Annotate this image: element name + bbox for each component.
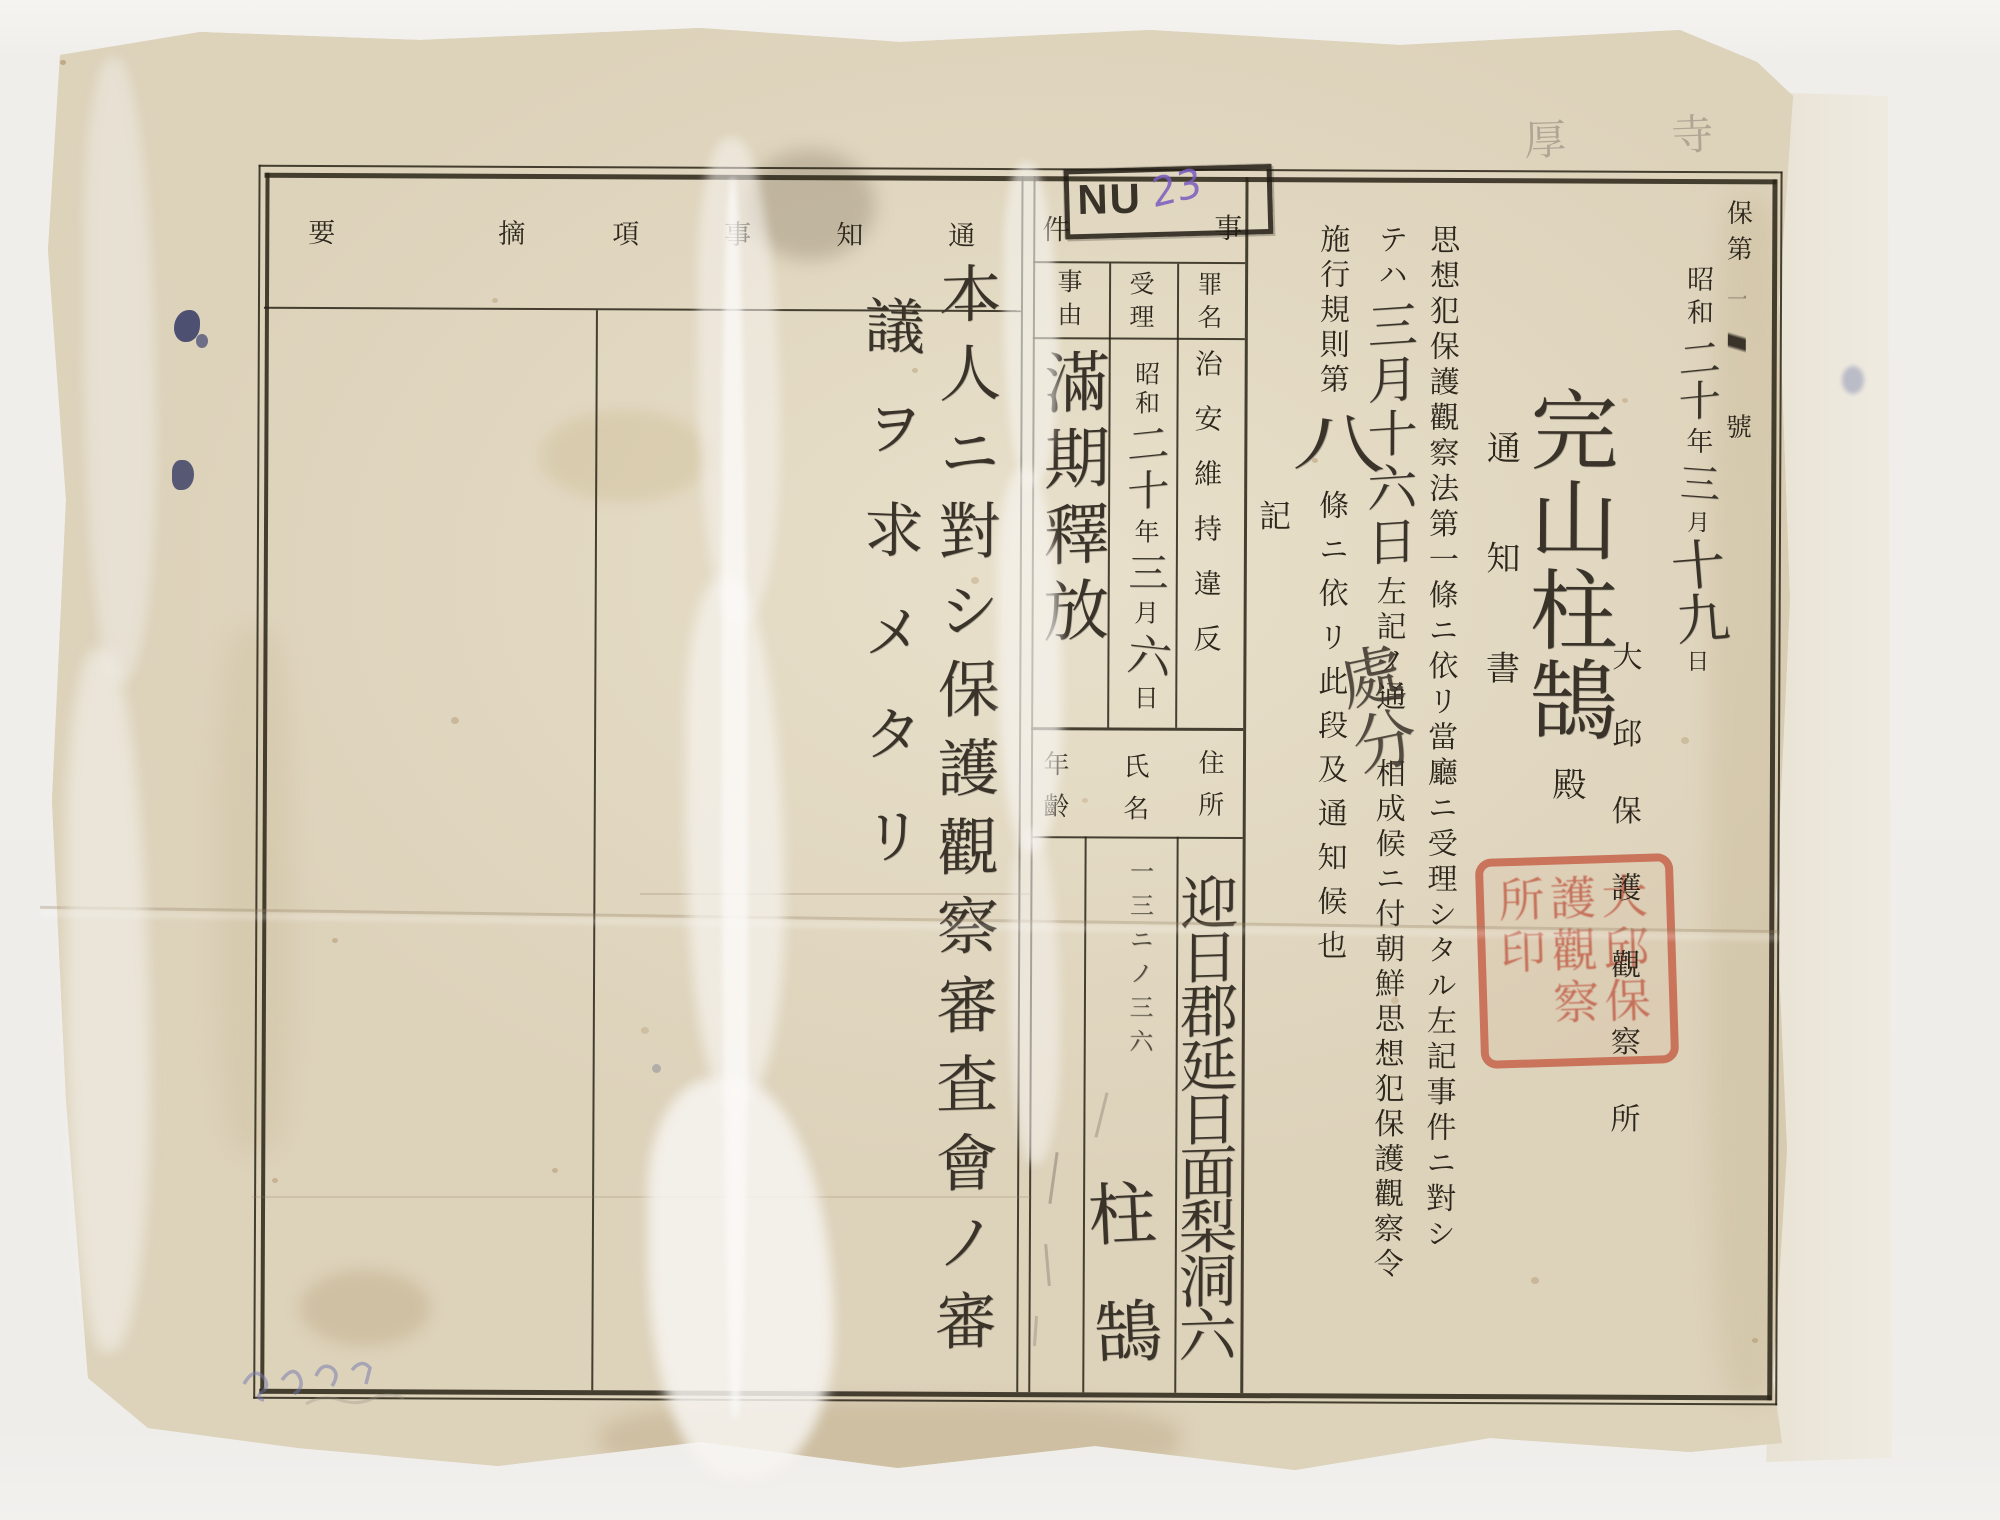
ink-dot (652, 1064, 661, 1073)
reason-label: 事由 (1056, 268, 1081, 334)
notice-handwritten-line1: 本人ニ對シ保護觀察審査會ノ審 (929, 261, 996, 1369)
scanned-historical-document: 大邱保護觀察所印 保第一號 昭和二十年三月十九日 完山柱鵠殿 通知書 大邱保護觀… (0, 0, 2000, 1520)
address-value-handwritten: 迎日郡延日面梨洞六 (1173, 872, 1233, 1360)
accepted-day-unit: 日 (1130, 685, 1159, 714)
body2-print-c: 相成候ニ付朝鮮思想犯保護觀察令 (1368, 758, 1405, 1283)
accepted-month-unit: 月 (1131, 600, 1160, 629)
accepted-day-handwritten: 六 (1120, 630, 1169, 683)
nu-stamp-text: NU (1077, 174, 1143, 224)
accepted-year-unit: 年 (1131, 519, 1160, 548)
nu-stamp-number-handwritten: 23 (1150, 159, 1204, 217)
name-label: 氏名 (1121, 753, 1147, 837)
era-name: 昭和 (1682, 265, 1713, 331)
file-number-column: 保第一號 (1723, 199, 1750, 449)
record-heading: 記 (1257, 499, 1289, 531)
accepted-date: 昭和二十年三月六日 (1122, 361, 1168, 714)
month-unit: 月 (1683, 510, 1709, 533)
notice-header-char: 項 (612, 212, 639, 251)
body-column-3: 施行規則第八條ニ依リ此段及通知候也 (1297, 223, 1362, 973)
file-no-value-handwritten: 一 (1728, 285, 1746, 397)
year-unit: 年 (1681, 427, 1712, 454)
issuing-office: 大邱保護觀察所 (1606, 641, 1638, 1180)
address-small-note-handwritten: 一三ニノ三六 (1127, 859, 1152, 1063)
summary-header-char: 摘 (498, 212, 525, 251)
year-handwritten: 二十 (1675, 335, 1717, 423)
pencil-annotation-top: 厚 寺 (1523, 100, 1760, 168)
notice-header-char: 通 (948, 214, 975, 253)
body3-handwritten-number: 八 (1284, 409, 1377, 480)
day-handwritten: 十九 (1664, 535, 1727, 647)
date-column: 昭和二十年三月十九日 (1668, 265, 1724, 672)
month-handwritten: 三 (1676, 461, 1716, 504)
addressee-name-handwritten: 完山柱鵠 (1515, 384, 1620, 744)
addressee-column: 完山柱鵠殿 (1522, 384, 1612, 800)
notice-header-char: 知 (836, 213, 863, 252)
notice-handwritten-line2: 議ヲ求メタリ (857, 293, 920, 907)
age-label: 年齡 (1041, 750, 1067, 834)
accepted-year-handwritten: 二十 (1124, 421, 1166, 517)
crime-label: 罪名 (1196, 271, 1221, 337)
file-no-suffix: 號 (1721, 413, 1751, 449)
honorific: 殿 (1546, 766, 1586, 800)
day-unit: 日 (1682, 649, 1708, 672)
body3-print-b: 條ニ依リ此段及通知候也 (1311, 489, 1348, 973)
summary-header-char: 要 (308, 211, 335, 250)
ink-smudge (1842, 366, 1864, 394)
reason-value-handwritten: 滿期釋放 (1036, 347, 1103, 654)
body-column-1: 思想犯保護觀察法第一條ニ依リ當廳ニ受理シタル左記事件ニ對シ (1422, 224, 1456, 1254)
file-no-prefix: 保第 (1722, 199, 1752, 271)
nu-stamp-box: NU 23 (1064, 164, 1274, 240)
name-value-handwritten: 柱鵠 (1080, 1177, 1159, 1416)
accepted-label: 受理 (1128, 271, 1153, 337)
accepted-era: 昭和 (1131, 361, 1160, 419)
body2-print-a: テハ (1372, 224, 1407, 294)
document-title: 通知書 (1482, 430, 1517, 760)
ink-blot (196, 334, 208, 348)
notice-header-char: 事 (724, 213, 751, 252)
address-label: 住所 (1196, 749, 1222, 833)
crime-value: 治安維持違反 (1191, 349, 1220, 679)
pencil-scribble-bottom-left (236, 1346, 476, 1416)
body3-print-a: 施行規則第 (1314, 223, 1350, 398)
accepted-month-handwritten: 三 (1125, 552, 1165, 596)
